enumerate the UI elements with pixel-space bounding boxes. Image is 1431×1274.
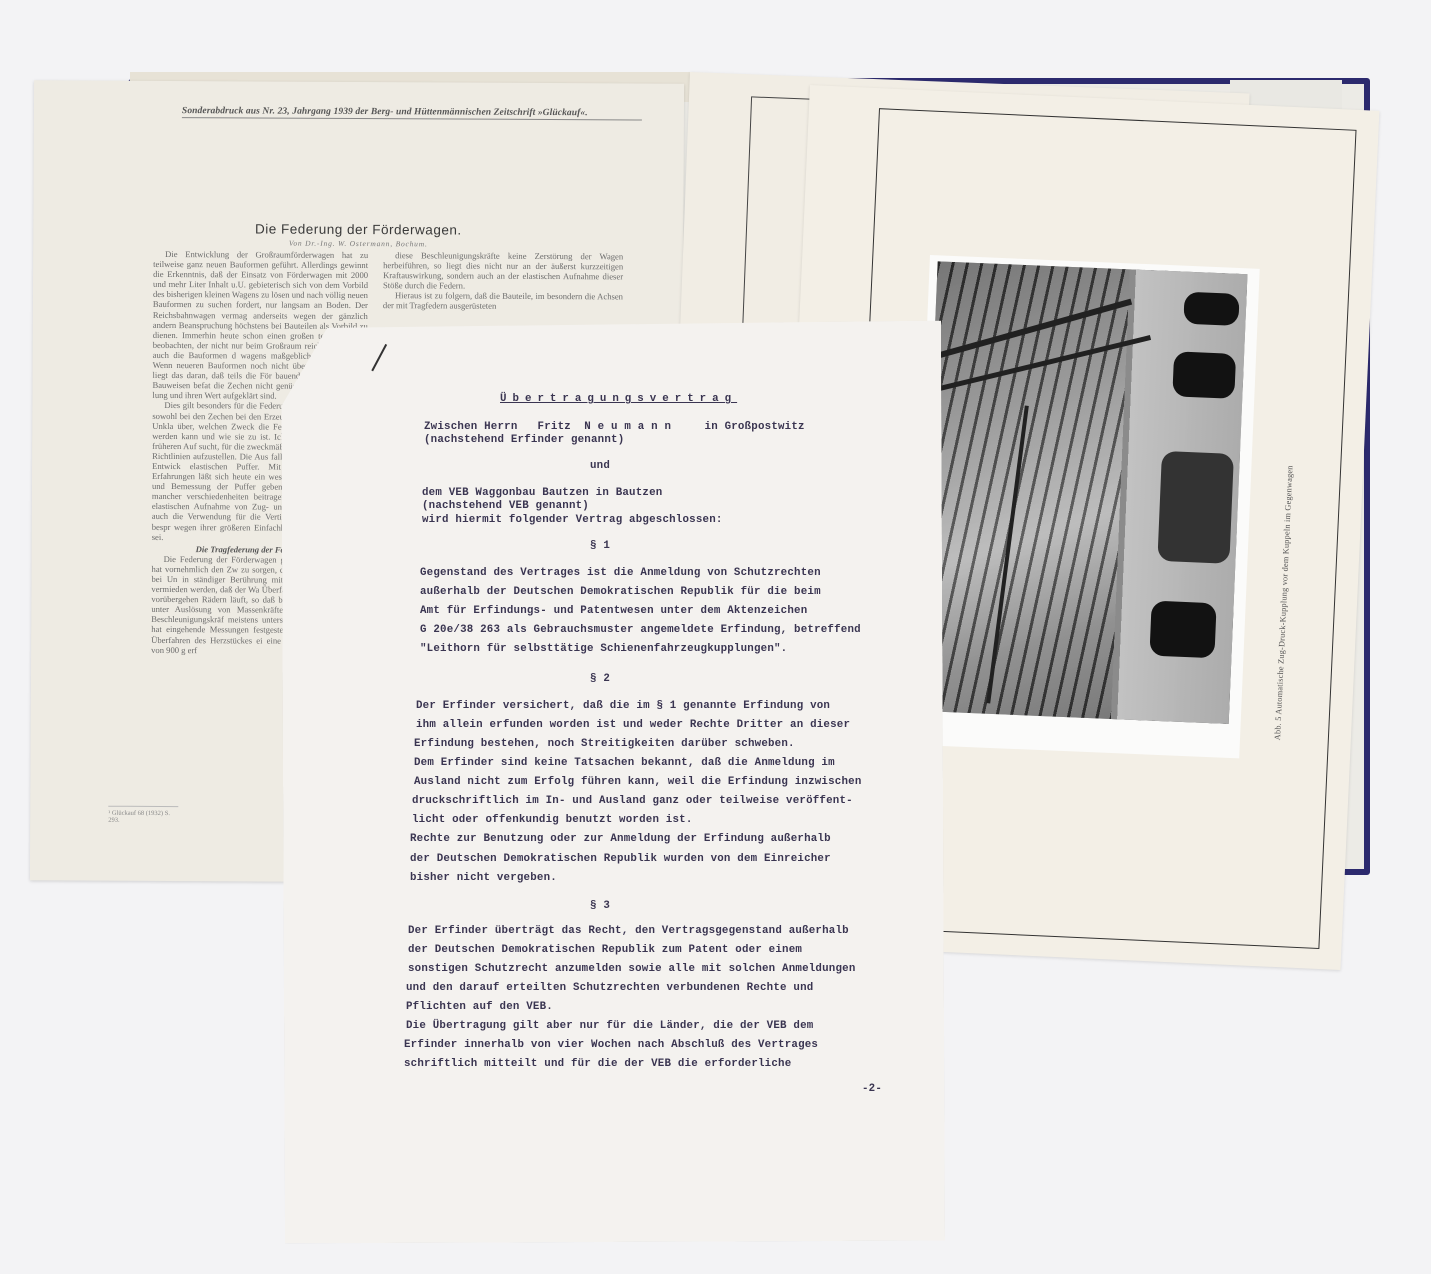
contract-party-line: (nachstehend Erfinder genannt) <box>424 434 624 446</box>
contract-line: Die Übertragung gilt aber nur für die Lä… <box>406 1020 813 1032</box>
paragraph: Hieraus ist zu folgern, daß die Bauteile… <box>383 291 623 312</box>
section-heading: § 1 <box>590 540 610 552</box>
contract-title: Übertragungsvertrag <box>500 393 737 405</box>
contract-line: sonstigen Schutzrecht anzumelden sowie a… <box>408 963 856 975</box>
contract-line: G 20e/38 263 als Gebrauchsmuster angemel… <box>420 624 861 636</box>
contract-line: Dem Erfinder sind keine Tatsachen bekann… <box>414 757 835 769</box>
offprint-header: Sonderabdruck aus Nr. 23, Jahrgang 1939 … <box>182 106 642 120</box>
contract-line: "Leithorn für selbsttätige Schienenfahrz… <box>420 643 787 655</box>
contract-line: Ausland nicht zum Erfolg führen kann, we… <box>414 776 862 788</box>
contract-line: der Deutschen Demokratischen Republik zu… <box>408 944 802 956</box>
section-heading: § 2 <box>590 673 610 685</box>
paragraph: diese Beschleunigungskräfte keine Zerstö… <box>383 250 623 292</box>
contract-party-line: (nachstehend VEB genannt) <box>422 500 589 512</box>
contract-line: bisher nicht vergeben. <box>410 872 557 884</box>
contract-party-line: Zwischen Herrn Fritz N e u m a n n in Gr… <box>424 421 805 433</box>
contract-line: Rechte zur Benutzung oder zur Anmeldung … <box>410 833 831 845</box>
contract-line: Pflichten auf den VEB. <box>406 1001 553 1013</box>
article-author: Von Dr.-Ing. W. Ostermann, Bochum. <box>33 237 683 249</box>
contract-party-line: dem VEB Waggonbau Bautzen in Bautzen <box>422 487 662 499</box>
contract-line: schriftlich mitteilt und für die der VEB… <box>404 1058 791 1070</box>
contract-line: Der Erfinder versichert, daß die im § 1 … <box>416 700 830 712</box>
contract-line: der Deutschen Demokratischen Republik wu… <box>410 853 831 865</box>
footnote: ¹ Glückauf 68 (1932) S. 293. <box>108 806 178 824</box>
photo-window <box>1183 292 1239 326</box>
photograph <box>909 255 1259 758</box>
contract-line: außerhalb der Deutschen Demokratischen R… <box>420 586 821 598</box>
photo-window <box>1172 351 1236 399</box>
contract-party-line: wird hiermit folgender Vertrag abgeschlo… <box>422 514 723 526</box>
photo-beam <box>986 406 1029 704</box>
photo-window <box>1149 601 1216 659</box>
page-number: -2- <box>862 1083 882 1095</box>
coupling-photo-image <box>919 261 1248 724</box>
section-heading: § 3 <box>590 900 610 912</box>
article-title: Die Federung der Förderwagen. <box>33 220 683 238</box>
contract-line: ihm allein erfunden worden ist und weder… <box>416 719 850 731</box>
contract-line: und den darauf erteilten Schutzrechten v… <box>406 982 813 994</box>
contract-line: Erfindung bestehen, noch Streitigkeiten … <box>414 738 795 750</box>
contract-line: Gegenstand des Vertrages ist die Anmeldu… <box>420 567 821 579</box>
contract-line: druckschriftlich im In- und Ausland ganz… <box>412 795 853 807</box>
contract-line: Amt für Erfindungs- und Patentwesen unte… <box>420 605 807 617</box>
article-column-2: diese Beschleunigungskräfte keine Zerstö… <box>383 250 623 312</box>
contract-line: Erfinder innerhalb von vier Wochen nach … <box>404 1039 818 1051</box>
photo-window <box>1157 451 1234 564</box>
contract-party-line: und <box>590 460 610 472</box>
contract-line: licht oder offenkundig benutzt worden is… <box>412 814 693 826</box>
contract-line: Der Erfinder überträgt das Recht, den Ve… <box>408 925 849 937</box>
